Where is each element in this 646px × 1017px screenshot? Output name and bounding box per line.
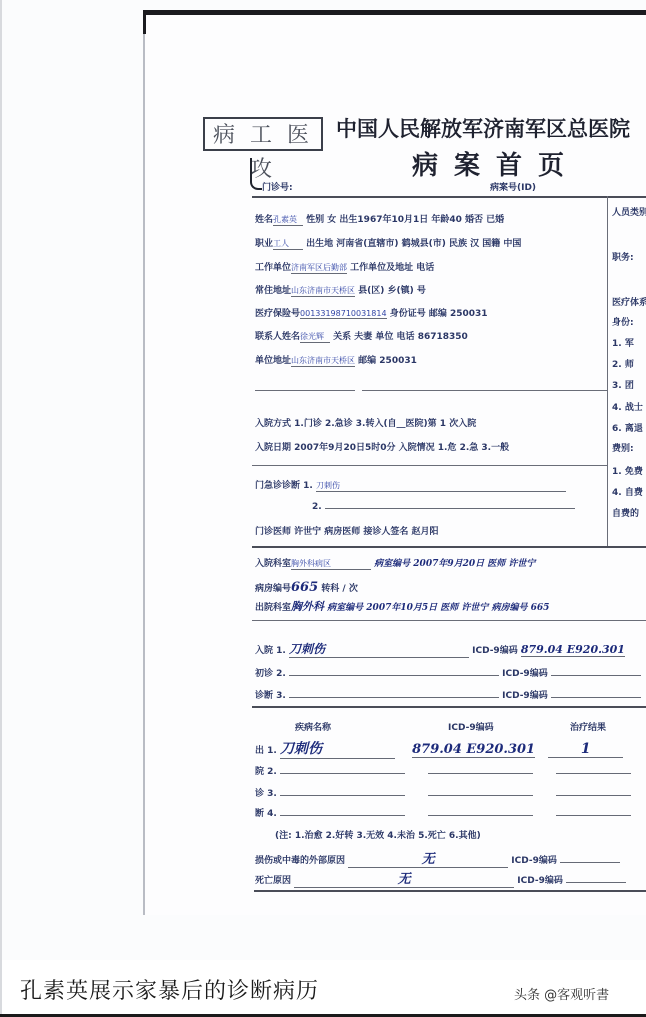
patient-row-occupation: 职业工人 出生地 河南省(直辖市) 鹤城县(市) 民族 汉 国籍 中国 <box>255 236 521 250</box>
patient-row-unit-address: 单位地址山东济南市天桥区 邮编 250031 <box>255 353 417 367</box>
patient-row-address: 常住地址山东济南市天桥区 县(区) 乡(镇) 号 <box>255 283 426 297</box>
patient-row-contact: 联系人姓名徐光辉 关系 夫妻 单位 电话 86718350 <box>255 329 468 343</box>
side-item: 医疗体系 <box>612 295 646 308</box>
side-item: 职务: <box>612 250 634 263</box>
side-item: 3. 团 <box>612 378 634 391</box>
side-item: 身份: <box>612 315 634 328</box>
side-item: 1. 免费 <box>612 464 643 477</box>
doctor-row: 门诊医师 许世宁 病房医师 接诊人签名 赵月阳 <box>255 524 439 538</box>
stamp-box: 病 工 医 攻 <box>203 117 323 151</box>
col-header-disease: 疾病名称 <box>295 720 331 733</box>
col-header-result: 治疗结果 <box>570 720 606 733</box>
treatment-result-note: (注: 1.治愈 2.好转 3.无效 4.未治 5.死亡 6.其他) <box>275 828 481 842</box>
admission-divider <box>252 465 607 466</box>
side-item: 4. 战士 <box>612 400 643 413</box>
header-divider <box>252 196 646 198</box>
side-item: 6. 离退 <box>612 421 643 434</box>
image-caption: 孔素英展示家暴后的诊断病历 <box>20 974 319 1005</box>
diag-row-2: 初诊 2. ICD-9编码 <box>255 666 641 680</box>
discharge-row-4: 断 4. <box>255 806 631 820</box>
death-cause-row: 死亡原因 无 ICD-9编码 <box>255 868 626 882</box>
form-bottom-line <box>254 890 646 892</box>
patient-row-insurance: 医疗保险号00133198710031814 身份证号 邮编 250031 <box>255 306 488 320</box>
side-item: 4. 自费 <box>612 485 643 498</box>
ward-divider <box>252 546 646 548</box>
ward-bottom-divider <box>252 620 646 621</box>
paper-top-edge <box>143 10 646 15</box>
admission-date: 入院日期 2007年9月20日5时0分 入院情况 1.危 2.急 3.一般 <box>255 440 509 454</box>
side-item: 自费的 <box>612 506 639 519</box>
patient-row-employer: 工作单位济南军区后勤部 工作单位及地址 电话 <box>255 260 434 274</box>
admission-method: 入院方式 1.门诊 2.急诊 3.转入(自__医院)第 1 次入院 <box>255 416 476 430</box>
side-item: 费别: <box>612 441 634 454</box>
diag-row-3: 诊断 3. ICD-9编码 <box>255 688 641 702</box>
ward-row-admit-dept: 入院科室胸外科病区 病室编号 2007年9月20日 医师 许世宁 <box>255 556 535 570</box>
diag-divider <box>252 706 646 708</box>
source-watermark: 头条 @客观听書 <box>514 984 609 1003</box>
bracket-mark <box>250 158 262 190</box>
ward-row-discharge-dept: 出院科室胸外科 病室编号 2007年10月5日 医师 许世宁 病房编号 665 <box>255 598 549 612</box>
hospital-name: 中国人民解放军济南军区总医院 <box>336 113 630 143</box>
discharge-row-3: 诊 3. <box>255 786 631 800</box>
paper-corner <box>143 10 146 34</box>
patient-row-name: 姓名孔素英 性别 女 出生1967年10月1日 年龄40 婚否 已婚 <box>255 212 504 226</box>
side-column-divider <box>607 196 608 546</box>
outpatient-diagnosis-2: 2. <box>312 502 575 516</box>
side-item: 人员类别 <box>612 205 646 218</box>
dashed-divider-right <box>362 390 607 391</box>
outpatient-diagnosis: 门急诊诊断 1. 刀刺伤 <box>255 478 566 492</box>
injury-cause-row: 损伤或中毒的外部原因 无 ICD-9编码 <box>255 848 620 862</box>
side-item: 2. 师 <box>612 357 634 370</box>
dashed-divider-left <box>255 390 355 391</box>
form-title: 病案首页 <box>412 145 580 182</box>
frame-edge <box>0 0 2 1017</box>
outpatient-no-label: 门诊号: <box>262 180 293 193</box>
side-item: 1. 军 <box>612 336 634 349</box>
diag-row-1: 入院 1. 刀刺伤 ICD-9编码 879.04 E920.301 <box>255 640 625 654</box>
discharge-row-1: 出 1. 刀刺伤 879.04 E920.301 1 <box>255 738 623 752</box>
discharge-row-2: 院 2. <box>255 764 631 778</box>
record-no-label: 病案号(ID) <box>490 180 536 193</box>
ward-row-room: 病房编号665 转科 / 次 <box>255 580 358 594</box>
col-header-icd: ICD-9编码 <box>448 720 494 733</box>
